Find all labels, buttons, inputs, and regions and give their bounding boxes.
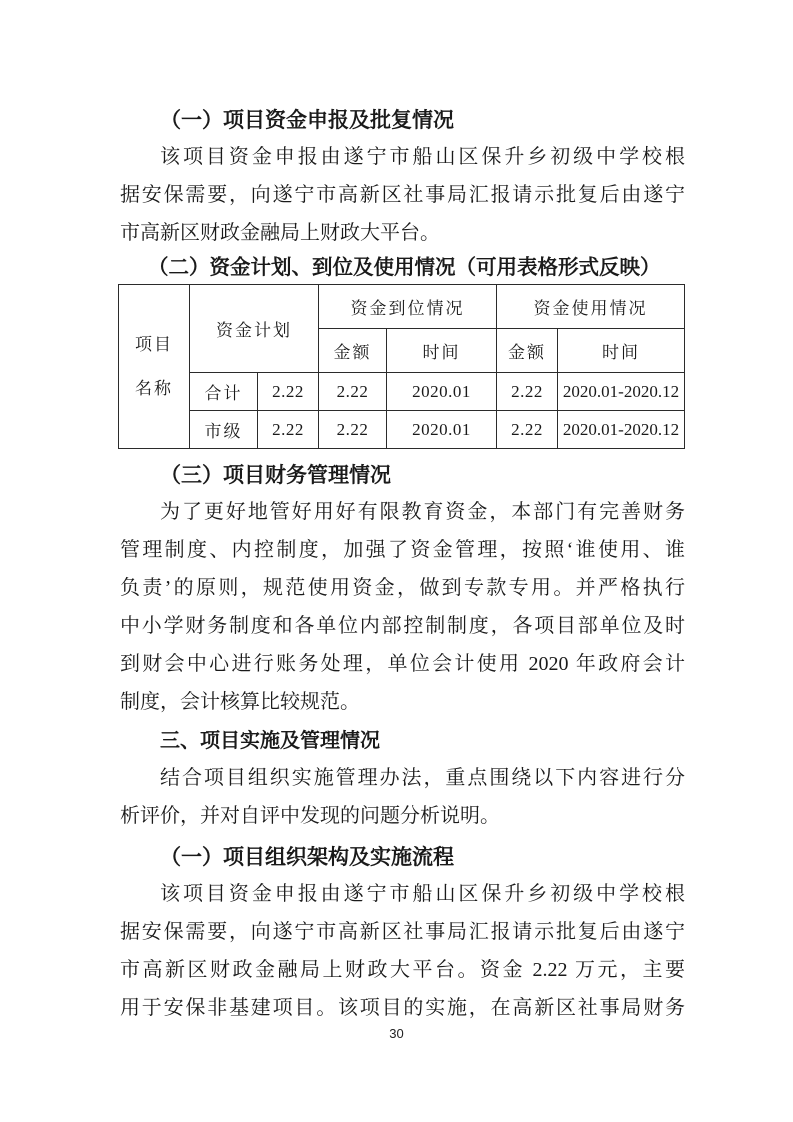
paragraph-line: 中小学财务制度和各单位内部控制制度，各项目部单位及时 <box>120 607 685 645</box>
heading-section-1-3: （三）项目财务管理情况 <box>120 457 685 493</box>
document-body: （一）项目资金申报及批复情况 该项目资金申报由遂宁市船山区保升乡初级中学校根 据… <box>120 102 685 1027</box>
arrival-amount-cell: 2.22 <box>319 411 387 449</box>
table-header-arrival-amount: 金额 <box>319 329 387 373</box>
paragraph-implementation-intro: 结合项目组织实施管理办法，重点围绕以下内容进行分 析评价，并对自评中发现的问题分… <box>120 759 685 835</box>
paragraph-line: 制度，会计核算比较规范。 <box>120 683 685 721</box>
arrival-amount-cell: 2.22 <box>319 373 387 411</box>
table-header-usage: 资金使用情况 <box>497 285 685 329</box>
paragraph-line: 为了更好地管好用好有限教育资金，本部门有完善财务 <box>120 493 685 531</box>
table-header-arrival: 资金到位情况 <box>319 285 497 329</box>
paragraph-line: 负责’的原则，规范使用资金，做到专款专用。并严格执行 <box>120 569 685 607</box>
usage-amount-cell: 2.22 <box>497 411 558 449</box>
paragraph-line: 析评价，并对自评中发现的问题分析说明。 <box>120 797 685 835</box>
row-label: 合计 <box>190 373 258 411</box>
paragraph-line: 到财会中心进行账务处理，单位会计使用 2020 年政府会计 <box>120 645 685 683</box>
table-header-plan: 资金计划 <box>190 285 319 373</box>
project-label-line1: 项目 <box>135 335 173 354</box>
table-row-total: 合计 2.22 2.22 2020.01 2.22 2020.01-2020.1… <box>119 373 685 411</box>
plan-amount-cell: 2.22 <box>258 373 319 411</box>
usage-time-cell: 2020.01-2020.12 <box>558 373 685 411</box>
page-number: 30 <box>0 1026 793 1041</box>
arrival-time-cell: 2020.01 <box>387 411 497 449</box>
usage-amount-cell: 2.22 <box>497 373 558 411</box>
paragraph-organization-structure: 该项目资金申报由遂宁市船山区保升乡初级中学校根 据安保需要，向遂宁市高新区社事局… <box>120 875 685 1027</box>
paragraph-line: 用于安保非基建项目。该项目的实施，在高新区社事局财务 <box>120 989 685 1027</box>
row-label: 市级 <box>190 411 258 449</box>
arrival-time-cell: 2020.01 <box>387 373 497 411</box>
paragraph-line: 据安保需要，向遂宁市高新区社事局汇报请示批复后由遂宁 <box>120 176 685 214</box>
funding-table: 项目 名称 资金计划 资金到位情况 资金使用情况 金额 时间 金额 时间 合计 … <box>118 284 685 449</box>
paragraph-line: 该项目资金申报由遂宁市船山区保升乡初级中学校根 <box>120 138 685 176</box>
table-header-usage-time: 时间 <box>558 329 685 373</box>
paragraph-line: 该项目资金申报由遂宁市船山区保升乡初级中学校根 <box>120 875 685 913</box>
heading-section-1-2: （二）资金计划、到位及使用情况（可用表格形式反映） <box>120 252 685 284</box>
paragraph-fund-application: 该项目资金申报由遂宁市船山区保升乡初级中学校根 据安保需要，向遂宁市高新区社事局… <box>120 138 685 252</box>
document-page: （一）项目资金申报及批复情况 该项目资金申报由遂宁市船山区保升乡初级中学校根 据… <box>0 0 793 1122</box>
table-header-project-name: 项目 名称 <box>119 285 190 449</box>
table-header-usage-amount: 金额 <box>497 329 558 373</box>
table-header-arrival-time: 时间 <box>387 329 497 373</box>
paragraph-line: 据安保需要，向遂宁市高新区社事局汇报请示批复后由遂宁 <box>120 913 685 951</box>
project-label-line2: 名称 <box>135 379 173 398</box>
paragraph-line: 结合项目组织实施管理办法，重点围绕以下内容进行分 <box>120 759 685 797</box>
plan-amount-cell: 2.22 <box>258 411 319 449</box>
paragraph-line: 市高新区财政金融局上财政大平台。资金 2.22 万元，主要 <box>120 951 685 989</box>
heading-section-3-1: （一）项目组织架构及实施流程 <box>120 839 685 875</box>
heading-section-3: 三、项目实施及管理情况 <box>120 723 685 759</box>
usage-time-cell: 2020.01-2020.12 <box>558 411 685 449</box>
paragraph-financial-management: 为了更好地管好用好有限教育资金，本部门有完善财务 管理制度、内控制度，加强了资金… <box>120 493 685 721</box>
table-row-municipal: 市级 2.22 2.22 2020.01 2.22 2020.01-2020.1… <box>119 411 685 449</box>
paragraph-line: 市高新区财政金融局上财政大平台。 <box>120 214 685 252</box>
heading-section-1-1: （一）项目资金申报及批复情况 <box>120 102 685 138</box>
paragraph-line: 管理制度、内控制度，加强了资金管理，按照‘谁使用、谁 <box>120 531 685 569</box>
